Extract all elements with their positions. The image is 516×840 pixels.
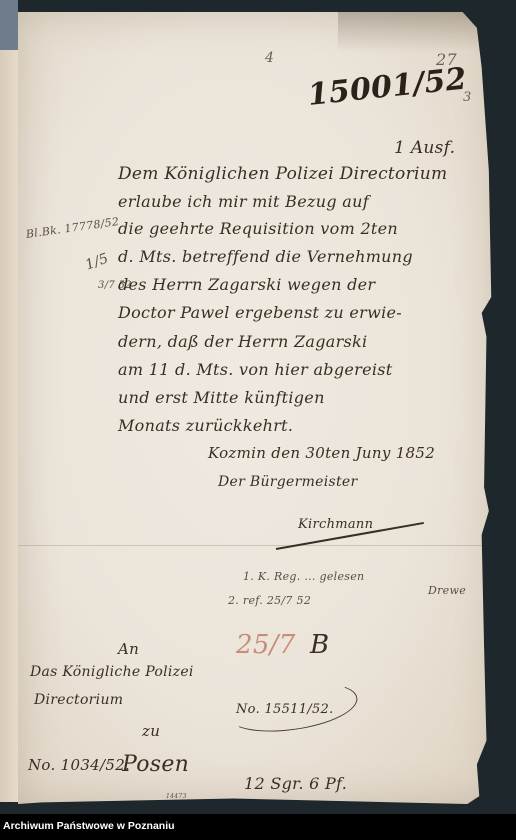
body-line-8: am 11 d. Mts. von hier abgereist: [118, 360, 393, 379]
oval-number: No. 15511/52.: [236, 702, 334, 717]
body-line-5: des Herrn Zagarski wegen der: [118, 275, 375, 294]
margin-mark: 1/5: [83, 250, 110, 273]
caption-bar: Archiwum Państwowe w Poznaniu: [0, 814, 516, 840]
red-number: 25/7: [236, 630, 296, 660]
archive-caption: Archiwum Państwowe w Poznaniu: [3, 820, 175, 832]
header-sub-note: 1 Ausf.: [394, 138, 455, 158]
address-to: An: [118, 640, 139, 658]
document-page: 4 27 15001/52 3 1 Ausf. Bl.Bk. 17778/52 …: [18, 12, 496, 804]
body-line-9: und erst Mitte künftigen: [118, 388, 325, 407]
closing-place-date: Kozmin den 30ten Juny 1852: [208, 444, 435, 462]
header-mark-above: 4: [265, 50, 274, 66]
address-city: Posen: [122, 752, 189, 777]
binding-strip: [0, 50, 19, 802]
margin-ref: Bl.Bk. 17778/52: [25, 215, 120, 241]
body-line-7: dern, daß der Herrn Zagarski: [118, 332, 367, 351]
scan-image: 4 27 15001/52 3 1 Ausf. Bl.Bk. 17778/52 …: [0, 0, 516, 814]
address-line-1: Das Königliche Polizei: [30, 664, 194, 680]
closing-title: Der Bürgermeister: [218, 474, 358, 490]
file-number: No. 1034/52.: [28, 756, 130, 774]
body-line-2: erlaube ich mir mit Bezug auf: [118, 192, 369, 211]
body-line-10: Monats zurückkehrt.: [118, 416, 293, 435]
body-line-1: Dem Königlichen Polizei Directorium: [118, 164, 447, 184]
footer-tiny-number: 14473: [166, 793, 187, 800]
document-number: 15001/52: [306, 61, 468, 112]
address-zu: zu: [142, 722, 160, 740]
page-fold: [18, 545, 496, 546]
body-line-6: Doctor Pawel ergebenst zu erwie-: [118, 303, 402, 322]
signature: Kirchmann: [298, 517, 373, 532]
annotation-line-2: 2. ref. 25/7 52: [228, 594, 311, 607]
annotation-initial: Drewe: [428, 584, 466, 597]
page-stain: [338, 12, 498, 52]
annotation-line-1: 1. K. Reg. ... gelesen: [243, 570, 364, 583]
header-mark-right-small: 3: [463, 90, 472, 105]
body-line-4: d. Mts. betreffend die Vernehmung: [118, 247, 413, 266]
body-line-3: die geehrte Requisition vom 2ten: [118, 219, 398, 238]
address-line-2: Directorium: [34, 692, 123, 708]
binding-strip-top: [0, 0, 18, 52]
stamp-initial: B: [310, 630, 329, 660]
footer-fee: 12 Sgr. 6 Pf.: [244, 774, 347, 793]
